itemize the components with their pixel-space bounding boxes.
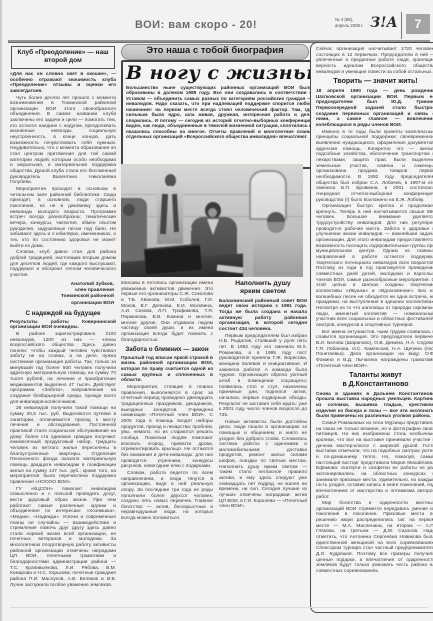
- left-article-paragraph: Чуть более десяти лет прошло с момента в…: [10, 96, 116, 187]
- left-article-paragraph: Словом, клуб давно стал для района добро…: [10, 250, 116, 278]
- right-lead-2: Снова в зданиях в Дальнем Константинове …: [316, 392, 433, 420]
- banner-strapline: Это наша с тобой биография: [121, 44, 309, 60]
- column-b-lead: Балахнинский районный совет ВОИ ведет св…: [219, 299, 307, 333]
- right-paragraph: Семья Ромашовых из села Мурзицы представ…: [316, 421, 433, 500]
- masthead-title: ВОИ: вам скоро - 20!: [121, 19, 271, 31]
- photo-scene: [121, 164, 303, 277]
- photo-meeting: [121, 164, 303, 277]
- author-signature: Анатолий Зубков, член правления Тонкинск…: [10, 282, 114, 308]
- column-a-paragraph: вписаны в летопись организации имена ува…: [121, 281, 213, 343]
- header-divider: [401, 12, 402, 39]
- left-article-paragraph: В районе зарегистрировано 2100 инвалидов…: [10, 332, 116, 406]
- photo-right-woman-body: [253, 231, 303, 277]
- photo-briefcase: [144, 244, 202, 275]
- column-a: вписаны в летопись организации имена ува…: [121, 281, 213, 581]
- right-headline-1: Творить — значит жить!: [316, 78, 433, 87]
- issue-date: апрель 2008 г.: [335, 23, 371, 29]
- right-paragraph: Организация быстро крепла и продолжает к…: [316, 204, 433, 328]
- newspaper-logo: З!А: [369, 15, 399, 31]
- left-article-headline: Клуб «Преодоление» — наш второй дом: [11, 46, 115, 69]
- column-b-paragraph: Новые активисты были достойны дела: люди…: [219, 420, 307, 511]
- photo-figure-head: [123, 204, 135, 216]
- left-article-lead: «Для нас он словно свет в окошке», — осо…: [10, 72, 116, 95]
- left-article-paragraph: Мероприятия проходят в основном в читаль…: [10, 187, 116, 249]
- scan-edge-shadow: [0, 0, 3, 621]
- left-article-paragraph: 26 инвалидов получили такой помощи на су…: [10, 406, 116, 485]
- issue-info: № 4 (85), апрель 2008 г.: [335, 17, 371, 29]
- column-a-paragraph: Мероприятия, стоящие в планах правления,…: [121, 385, 213, 470]
- column-b-headline: Наполнить душу ярким светом: [219, 280, 307, 297]
- feature-headline: В ногу с жизнью: [126, 63, 312, 85]
- right-paragraph: Именно в те годы были приняты комплексны…: [316, 130, 433, 204]
- left-subhead: С надеждой на будущее: [10, 310, 116, 318]
- left-article: Клуб «Преодоление» — наш второй дом «Для…: [10, 46, 116, 612]
- right-headline-2: Таланты живут в Д.Константиново: [316, 372, 433, 390]
- left-article-paragraph: ГУ «КЦСОН» помогает инвалидам осмысленно…: [10, 487, 116, 589]
- feature-article-box: В ногу с жизнью Большинство ныне существ…: [121, 60, 317, 169]
- column-a-lead: Прошлый год вписан яркой строкой в жизнь…: [121, 356, 213, 384]
- right-intro: Сейчас организация насчитывает 1720 чело…: [316, 47, 433, 75]
- right-article-box: Сейчас организация насчитывает 1720 чело…: [310, 42, 433, 613]
- left-sublead: Результаты работы Ковернинской организац…: [10, 320, 116, 331]
- column-a-subhead: Забота о ближних — закон: [121, 346, 213, 354]
- right-paragraph: Вот имена энтузиастов, чьим трудом слави…: [316, 330, 433, 370]
- bottom-rule: [10, 607, 428, 608]
- column-b: Наполнить душу ярким светом Балахнинский…: [219, 280, 307, 605]
- photo-seated-woman-face: [208, 208, 217, 217]
- right-paragraph: Мир богатства и одаренности местных орга…: [316, 501, 433, 575]
- right-lead-1: 18 апреля 1990 года — день рождения Шатк…: [316, 89, 433, 129]
- column-a-paragraph: Словом, работа ведется по всем направлен…: [121, 471, 213, 522]
- page-number-badge: 7: [406, 14, 430, 34]
- photo-window: [249, 170, 287, 220]
- feature-lead: Большинство ныне существующих районных о…: [126, 85, 312, 140]
- column-b-paragraph: Первым председателем был избран Н.В. Рыд…: [219, 334, 307, 419]
